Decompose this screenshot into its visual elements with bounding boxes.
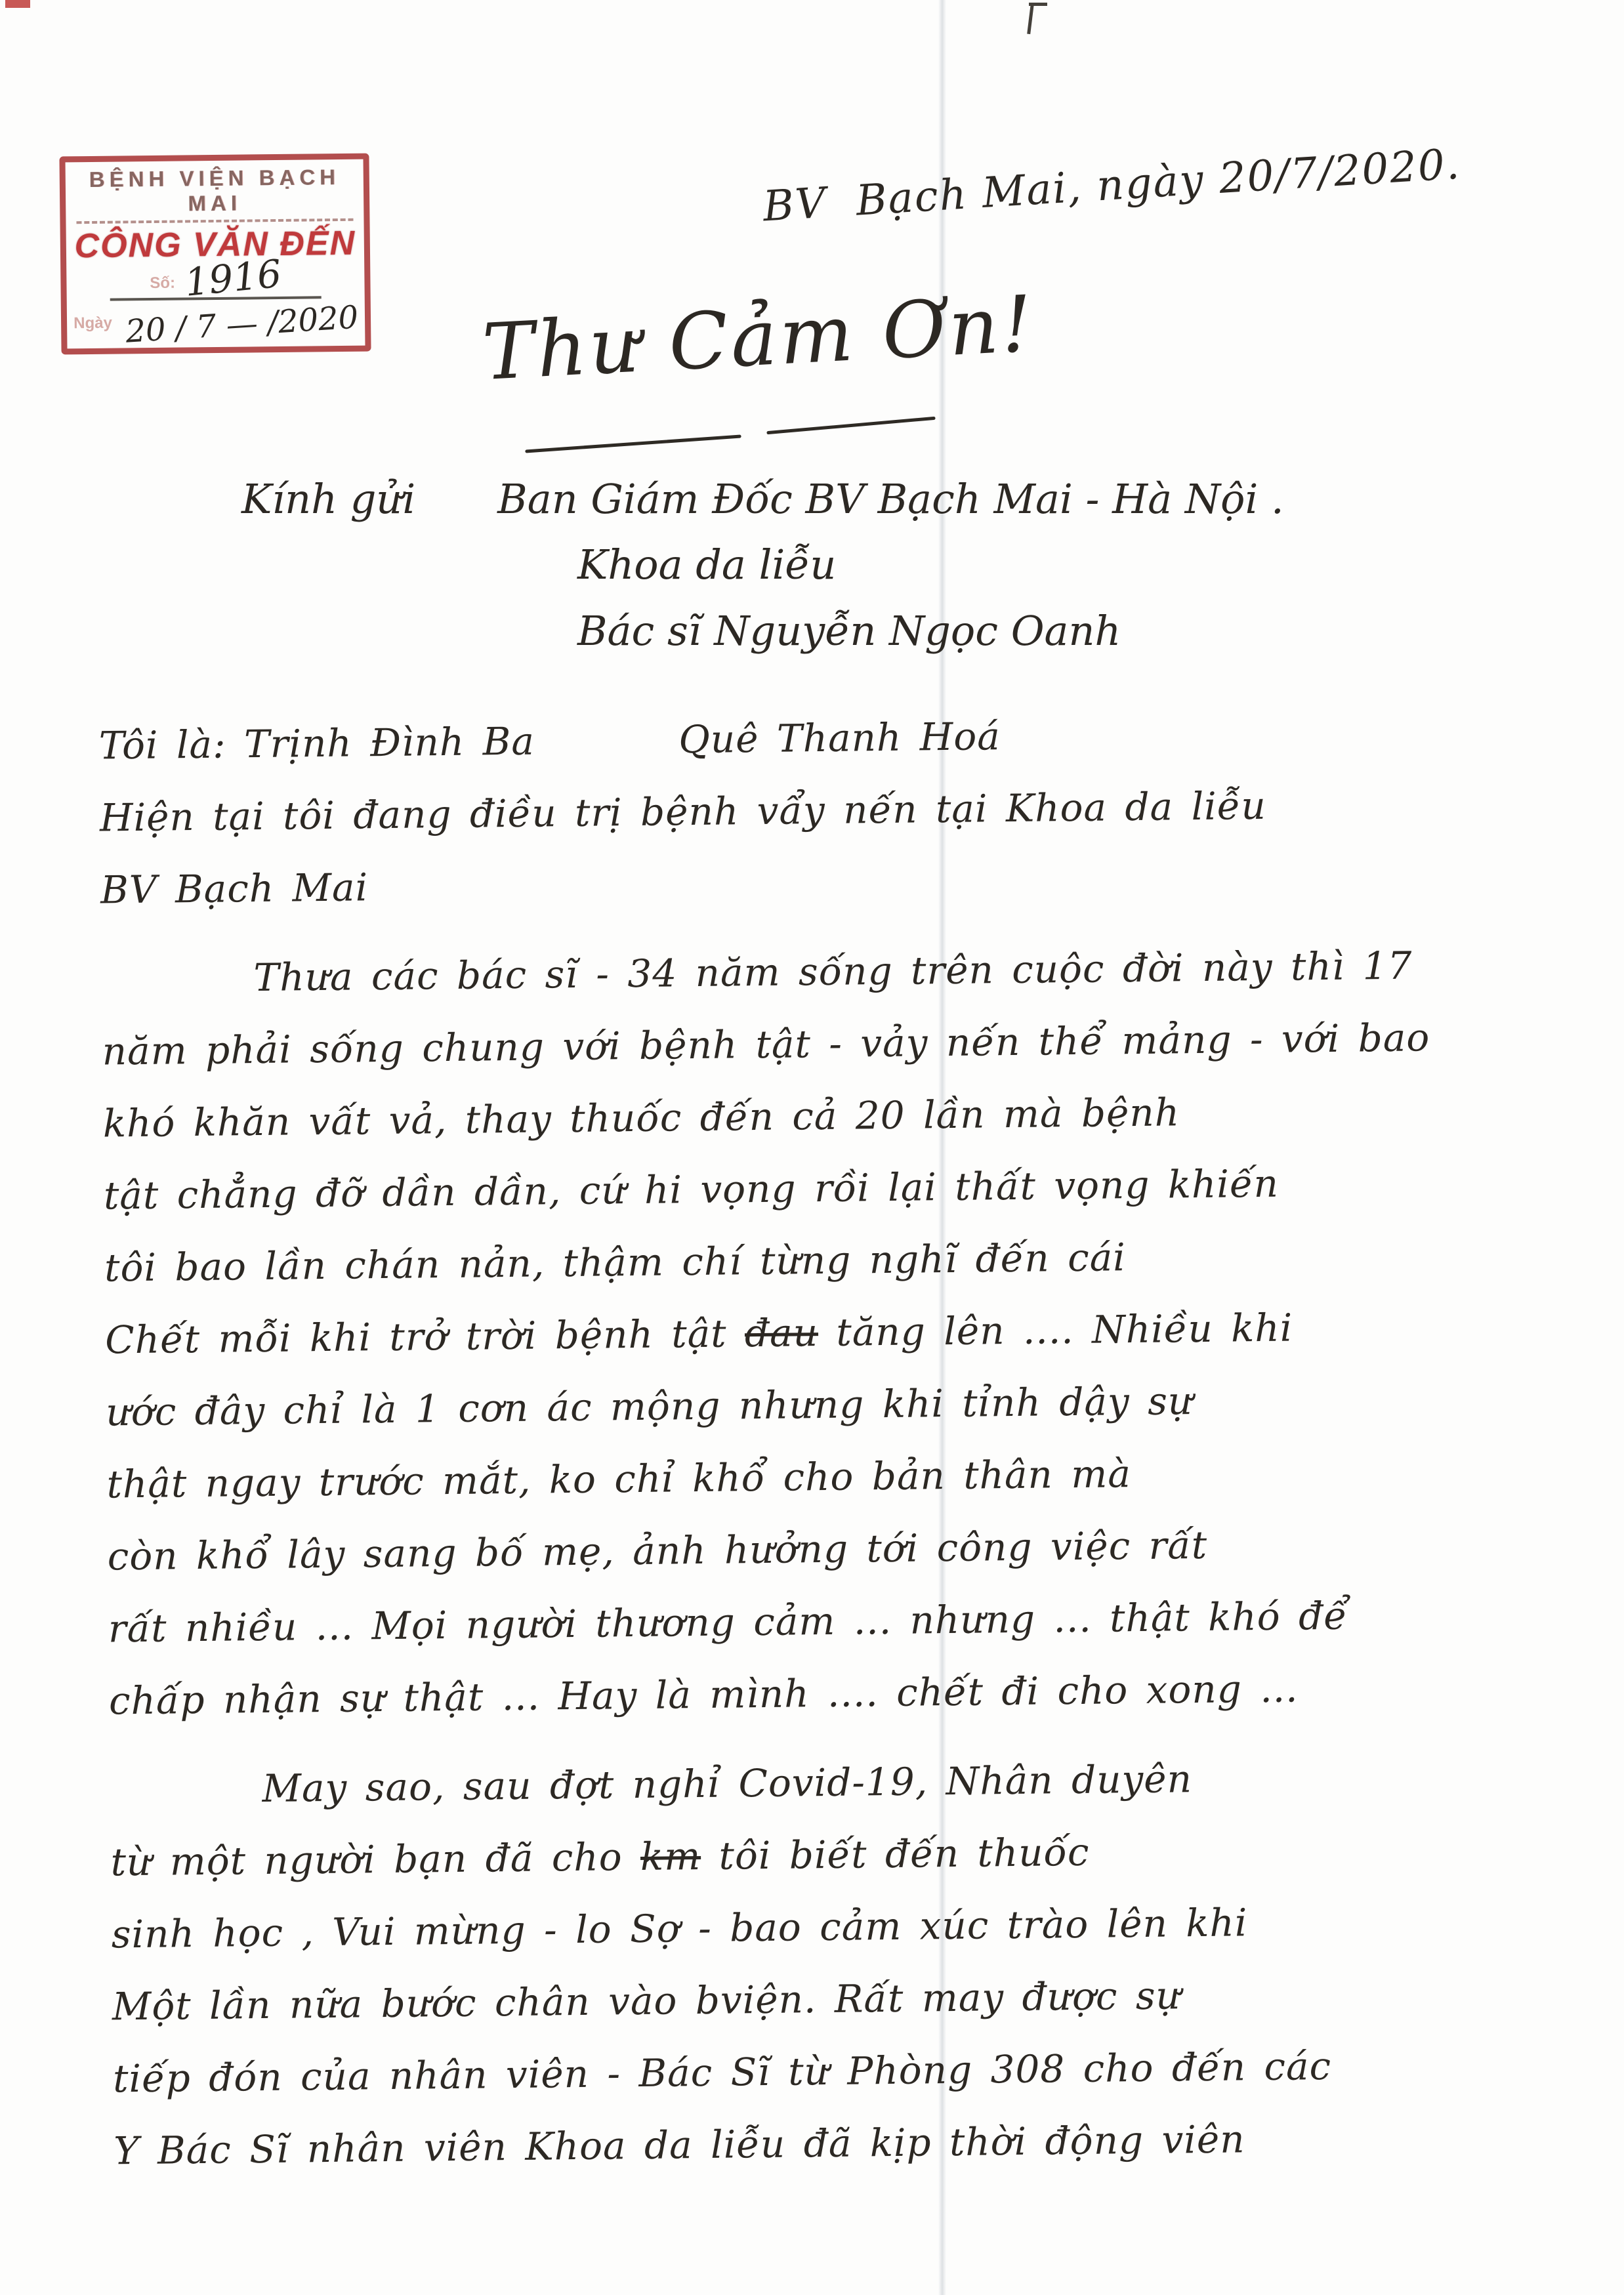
incoming-document-stamp: BỆNH VIỆN BẠCH MAI CÔNG VĂN ĐẾN Số: 1916… [59, 154, 371, 355]
line-text: rất nhiều ... Mọi người thương cảm ... n… [108, 1594, 1348, 1651]
letter-line: chấp nhận sự thật ... Hay là mình .... c… [109, 1650, 1547, 1737]
line-text: Một lần nữa bước chân vào bviện. Rất may… [112, 1973, 1182, 2029]
letter-title: Thư Cảm Ơn! [480, 278, 1037, 398]
line-text: Hiện tại tôi đang điều trị bệnh vẩy nến … [100, 783, 1266, 840]
line-text: từ một người bạn đã cho [110, 1834, 640, 1884]
letter-body: Tôi là: Trịnh Đình Ba Quê Thanh HoáHiện … [98, 695, 1551, 2187]
line-text: Thưa các bác sĩ - 34 năm sống trên cuộc … [253, 943, 1413, 1000]
line-text: tôi bao lần chán nản, thậm chí từng nghĩ… [104, 1235, 1126, 1290]
stamp-hospital-name: BỆNH VIỆN BẠCH MAI [73, 165, 356, 217]
recipient-row: Kính gửi Ban Giám Đốc BV Bạch Mai - Hà N… [241, 475, 1284, 524]
stamp-number-value: 1916 [182, 255, 283, 302]
letter-line: Y Bác Sĩ nhân viên Khoa da liễu đã kịp t… [114, 2099, 1551, 2187]
letterhead-place-date: BV Bạch Mai, ngày 20/7/2020. [762, 140, 1462, 232]
line-text: tôi biết đến thuốc [701, 1830, 1090, 1878]
line-text: năm phải sống chung với bệnh tật - vảy n… [102, 1015, 1430, 1073]
line-text: tiếp đón của nhân viên - Bác Sĩ từ Phòng… [113, 2044, 1332, 2101]
stamp-divider [76, 218, 353, 224]
line-text: tật chẳng đỡ dần dần, cứ hi vọng rồi lại… [104, 1161, 1280, 1218]
salutation-label: Kính gửi [241, 475, 415, 524]
recipient-block: Kính gửi Ban Giám Đốc BV Bạch Mai - Hà N… [241, 475, 1284, 655]
line-text: sinh học , Vui mừng - lo Sợ - bao cảm xú… [111, 1900, 1247, 1956]
recipient-line: Khoa da liễu [577, 541, 1284, 589]
recipient-line: Bác sĩ Nguyễn Ngọc Oanh [577, 607, 1284, 655]
line-text: ước đây chỉ là 1 cơn ác mộng nhưng khi t… [106, 1378, 1193, 1434]
stamp-date-value: 20 / 7 — /2020 [124, 299, 359, 350]
struck-out-word: đau [745, 1310, 819, 1355]
line-text: chấp nhận sự thật ... Hay là mình .... c… [109, 1666, 1299, 1723]
line-text: May sao, sau đợt nghỉ Covid-19, Nhân duy… [262, 1756, 1192, 1811]
letter-line: rất nhiều ... Mọi người thương cảm ... n… [108, 1578, 1545, 1665]
title-underline [525, 434, 741, 453]
line-text: còn khổ lây sang bố mẹ, ảnh hưởng tới cô… [107, 1523, 1207, 1579]
letter-line: BV Bạch Mai [100, 839, 1538, 926]
stamp-number-label: Số: [150, 274, 175, 298]
recipient-line: Ban Giám Đốc BV Bạch Mai - Hà Nội . [497, 475, 1284, 524]
stamp-date-row: Ngày 20 / 7 — /2020 [75, 305, 358, 344]
stamp-number-row: Số: 1916 [110, 258, 321, 300]
struck-out-word: km [640, 1834, 701, 1879]
letter-line: năm phải sống chung với bệnh tật - vảy n… [102, 1001, 1539, 1088]
scan-artifact-mark [1029, 3, 1047, 6]
stamp-date-label: Ngày [73, 314, 112, 339]
line-text: Tôi là: Trịnh Đình Ba Quê Thanh Hoá [98, 714, 1001, 768]
line-text: Chết mỗi khi trở trời bệnh tật [105, 1311, 745, 1362]
line-text: BV Bạch Mai [100, 865, 369, 912]
line-text: khó khăn vất vả, thay thuốc đến cả 20 lầ… [103, 1090, 1180, 1146]
line-text: tăng lên .... Nhiều khi [818, 1306, 1293, 1355]
line-text: thật ngay trước mắt, ko chỉ khổ cho bản … [106, 1451, 1131, 1506]
scanned-letter-page: BỆNH VIỆN BẠCH MAI CÔNG VĂN ĐẾN Số: 1916… [0, 0, 1624, 2295]
line-text: Y Bác Sĩ nhân viên Khoa da liễu đã kịp t… [114, 2117, 1245, 2173]
scan-artifact-mark [1027, 4, 1034, 34]
title-underline [766, 417, 935, 434]
scan-artifact-red-mark [5, 0, 30, 8]
